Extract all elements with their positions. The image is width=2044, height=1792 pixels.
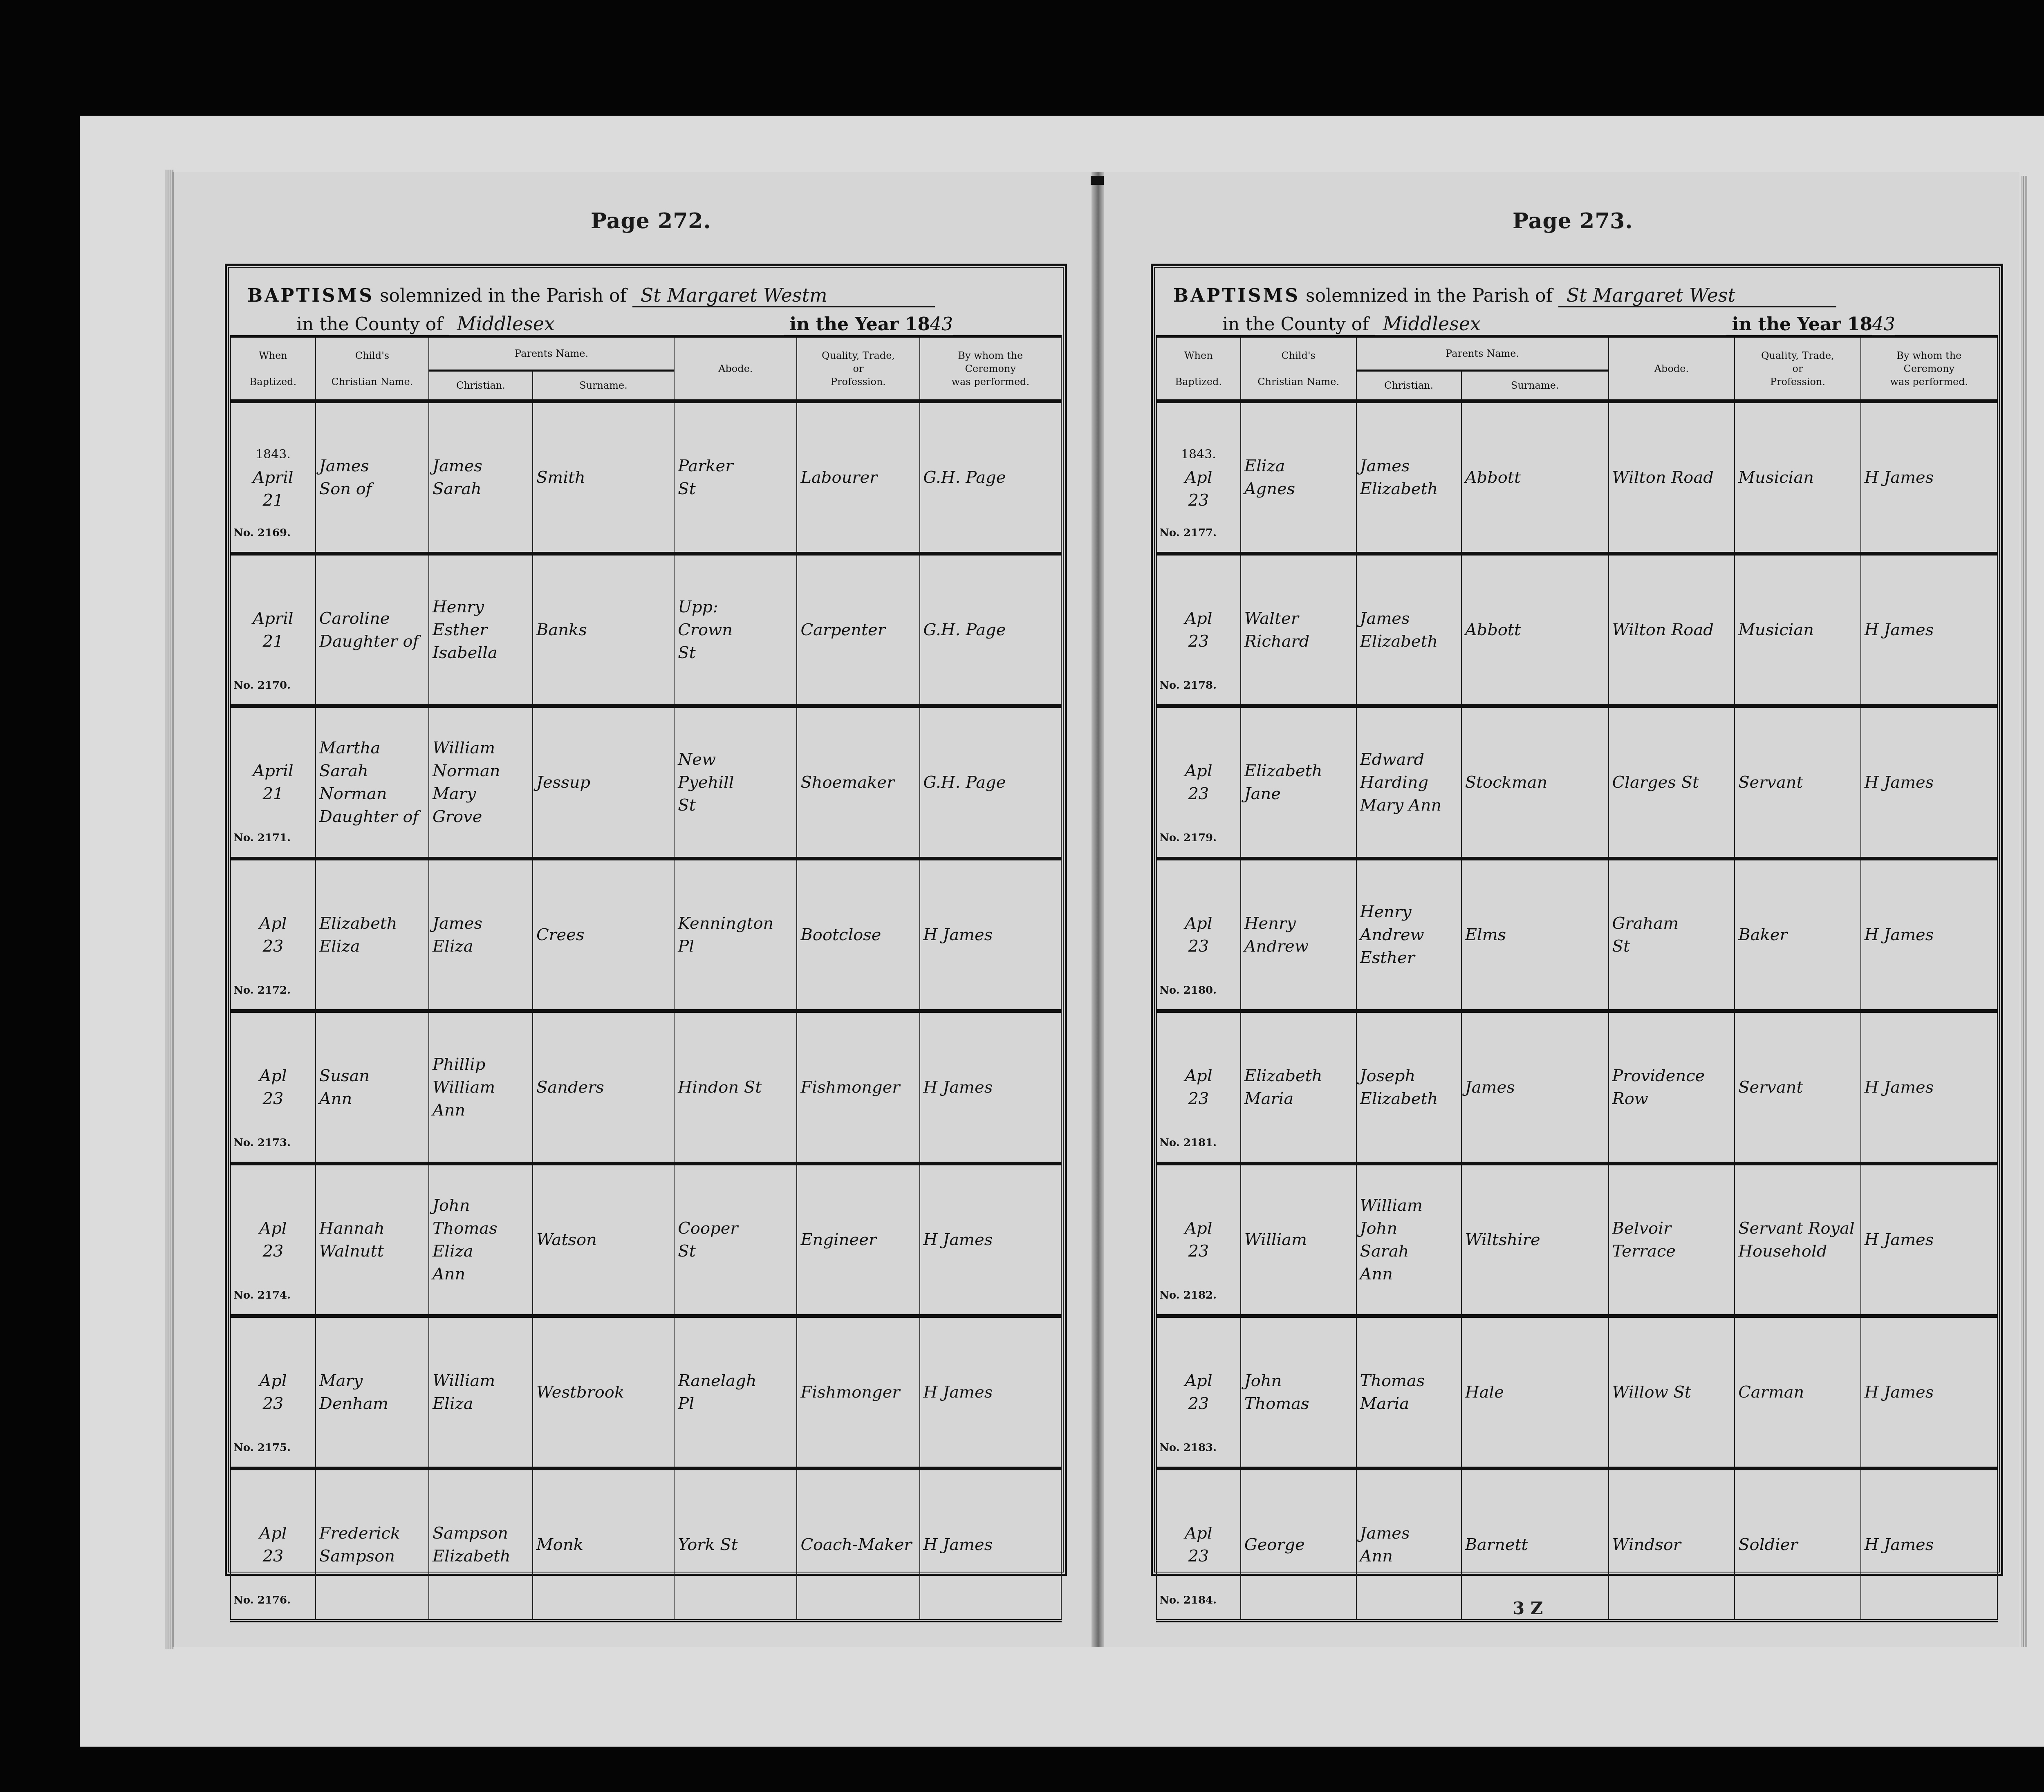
abode-line: St — [678, 794, 793, 817]
officiant-cell: H James — [1861, 1316, 1997, 1469]
parents-christian-cell: HenryEstherIsabella — [429, 554, 533, 706]
surname: Sanders — [536, 1078, 604, 1097]
officiant-signature: H James — [923, 925, 993, 944]
register-page-right: Page 273. BAPTISMS solemnized in the Par… — [1104, 172, 2019, 1647]
parent-name-line: James — [433, 912, 529, 935]
parent-name-line: Phillip — [433, 1053, 529, 1076]
abode-cell: CooperSt — [674, 1164, 797, 1316]
entry-month: Apl — [234, 1064, 312, 1087]
abode-cell: Windsor — [1609, 1469, 1735, 1621]
officiant-cell: G.H. Page — [920, 401, 1061, 554]
child-name-line: Eliza — [319, 935, 425, 958]
quality-cell: Shoemaker — [797, 706, 919, 859]
abode-cell: ParkerSt — [674, 401, 797, 554]
parent-name-line: Elizabeth — [1360, 630, 1458, 653]
parent-name-line: Esther — [433, 618, 529, 641]
parent-name-line: Eliza — [433, 935, 529, 958]
parents-christian-cell: SampsonElizabeth — [429, 1469, 533, 1621]
child-name-line: Susan — [319, 1064, 425, 1087]
parent-name-line: Edward — [1360, 748, 1458, 771]
surname: Abbott — [1465, 620, 1521, 639]
parent-name-line: Ann — [1360, 1263, 1458, 1286]
parents-christian-cell: JamesEliza — [429, 859, 533, 1011]
entry-month: Apl — [1160, 759, 1237, 782]
child-name-cell: ElizaAgnes — [1241, 401, 1356, 554]
child-name-line: Andrew — [1244, 935, 1353, 958]
surname: Abbott — [1465, 468, 1521, 487]
abode-cell: ProvidenceRow — [1609, 1011, 1735, 1164]
parent-name-line: William — [433, 737, 529, 759]
parent-name-line: Ann — [1360, 1545, 1458, 1568]
printer-signature-mark: 3 Z — [1513, 1598, 1543, 1618]
child-name-line: Ann — [319, 1087, 425, 1110]
entry-number: No. 2176. — [233, 1589, 291, 1612]
entry-month: April — [234, 466, 312, 489]
officiant-cell: H James — [920, 1316, 1061, 1469]
parent-name-line: Sarah — [433, 477, 529, 500]
entry-month: Apl — [1160, 1064, 1237, 1087]
officiant-signature: H James — [1865, 1078, 1934, 1097]
table-row: Apl 23 No. 2184. George JamesAnn Barnett… — [1156, 1469, 1997, 1621]
when-baptized-cell: April 21 No. 2171. — [231, 706, 316, 859]
col-child: Child'sChristian Name. — [1241, 336, 1356, 401]
year-label: in the Year 18 — [1732, 314, 1872, 335]
when-baptized-cell: April 21 No. 2170. — [231, 554, 316, 706]
child-name-line: Sampson — [319, 1545, 425, 1568]
profession: Fishmonger — [800, 1078, 900, 1097]
child-name-line: Walnutt — [319, 1240, 425, 1263]
child-name-line: Jane — [1244, 782, 1353, 805]
table-row: Apl 23 No. 2182. William WilliamJohnSara… — [1156, 1164, 1997, 1316]
entry-month: Apl — [234, 912, 312, 935]
parents-surname-cell: Stockman — [1461, 706, 1609, 859]
officiant-cell: H James — [920, 1469, 1061, 1621]
abode-line: Pyehill — [678, 771, 793, 794]
entry-number: No. 2171. — [233, 827, 291, 849]
when-baptized-cell: Apl 23 No. 2183. — [1156, 1316, 1241, 1469]
child-name-line: Elizabeth — [319, 912, 425, 935]
child-name-line: Caroline — [319, 607, 425, 630]
parent-name-line: Henry — [433, 596, 529, 618]
parents-christian-cell: JosephElizabeth — [1356, 1011, 1461, 1164]
col-parents: Parents Name. — [1356, 336, 1609, 371]
entry-month: Apl — [234, 1217, 312, 1240]
surname: James — [1465, 1078, 1515, 1097]
county-field: Middlesex — [1375, 313, 1726, 336]
officiant-cell: H James — [1861, 401, 1997, 554]
entry-month: Apl — [1160, 1522, 1237, 1545]
entry-number: No. 2184. — [1159, 1589, 1217, 1612]
abode-line: Upp: — [678, 596, 793, 618]
parents-surname-cell: Abbott — [1461, 401, 1609, 554]
officiant-signature: G.H. Page — [923, 468, 1006, 487]
year-field: 43 — [930, 314, 953, 336]
officiant-cell: H James — [1861, 1164, 1997, 1316]
surname: Stockman — [1465, 773, 1548, 792]
book-page-edges-right — [2022, 176, 2027, 1647]
officiant-signature: H James — [1865, 620, 1934, 639]
profession: Baker — [1738, 925, 1787, 944]
parent-name-line: John — [1360, 1217, 1458, 1240]
abode-cell: Clarges St — [1609, 706, 1735, 859]
entry-number: No. 2170. — [233, 674, 291, 697]
county-label: in the County of — [296, 314, 443, 335]
entry-number: No. 2169. — [233, 522, 291, 544]
parent-name-line: Harding — [1360, 771, 1458, 794]
child-name-line: Martha — [319, 737, 425, 759]
child-name-line: Eliza — [1244, 455, 1353, 477]
profession: Servant — [1738, 1078, 1803, 1097]
child-name-line: Norman — [319, 782, 425, 805]
abode-line: Parker — [678, 455, 793, 477]
child-name-line: Mary — [319, 1369, 425, 1392]
parent-name-line: Sampson — [433, 1522, 529, 1545]
abode-line: New — [678, 748, 793, 771]
abode-line: Pl — [678, 935, 793, 958]
surname: Hale — [1465, 1383, 1504, 1402]
table-row: Apl 23 No. 2176. FrederickSampson Sampso… — [231, 1469, 1061, 1621]
entry-number: No. 2173. — [233, 1131, 291, 1154]
abode-line: St — [678, 1240, 793, 1263]
parents-christian-cell: HenryAndrewEsther — [1356, 859, 1461, 1011]
child-name-line: Walter — [1244, 607, 1353, 630]
officiant-cell: G.H. Page — [920, 554, 1061, 706]
quality-cell: Engineer — [797, 1164, 919, 1316]
parent-name-line: James — [1360, 607, 1458, 630]
quality-cell: Servant — [1735, 706, 1861, 859]
parent-name-line: Ann — [433, 1263, 529, 1286]
entry-day: 23 — [1160, 1240, 1237, 1263]
parish-field: St Margaret Westm — [632, 284, 935, 307]
abode-line: Belvoir — [1612, 1217, 1731, 1240]
table-row: Apl 23 No. 2173. SusanAnn PhillipWilliam… — [231, 1011, 1061, 1164]
register-table: WhenBaptized. Child'sChristian Name. Par… — [1156, 335, 1998, 1622]
entry-year: 1843. — [234, 443, 312, 466]
officiant-signature: H James — [923, 1230, 993, 1249]
parent-name-line: James — [433, 455, 529, 477]
child-name-line: Maria — [1244, 1087, 1353, 1110]
entry-month: Apl — [1160, 607, 1237, 630]
abode-line: Graham — [1612, 912, 1731, 935]
parents-surname-cell: Hale — [1461, 1316, 1609, 1469]
col-parents: Parents Name. — [429, 336, 674, 371]
quality-cell: Bootclose — [797, 859, 919, 1011]
register-title: BAPTISMS solemnized in the Parish of St … — [1173, 280, 1985, 337]
profession: Labourer — [800, 468, 877, 487]
county-label: in the County of — [1222, 314, 1369, 335]
parent-name-line: Thomas — [433, 1217, 529, 1240]
parents-surname-cell: Crees — [533, 859, 674, 1011]
parents-christian-cell: JamesAnn — [1356, 1469, 1461, 1621]
parents-christian-cell: EdwardHardingMary Ann — [1356, 706, 1461, 859]
when-baptized-cell: Apl 23 No. 2175. — [231, 1316, 316, 1469]
parent-name-line: Norman — [433, 759, 529, 782]
entry-day: 23 — [234, 1545, 312, 1568]
parents-surname-cell: Abbott — [1461, 554, 1609, 706]
officiant-signature: H James — [1865, 1383, 1934, 1402]
child-name-cell: JamesSon of — [316, 401, 429, 554]
table-row: Apl 23 No. 2183. JohnThomas ThomasMaria … — [1156, 1316, 1997, 1469]
abode-line: Wilton Road — [1612, 466, 1731, 489]
surname: Crees — [536, 925, 585, 944]
col-by-whom: By whom theCeremonywas performed. — [920, 336, 1061, 401]
child-name-cell: George — [1241, 1469, 1356, 1621]
table-row: Apl 23 No. 2181. ElizabethMaria JosephEl… — [1156, 1011, 1997, 1164]
entry-number: No. 2181. — [1159, 1131, 1217, 1154]
page-number: Page 273. — [1513, 208, 1633, 233]
table-row: Apl 23 No. 2174. HannahWalnutt JohnThoma… — [231, 1164, 1061, 1316]
officiant-signature: H James — [1865, 925, 1934, 944]
parent-name-line: James — [1360, 455, 1458, 477]
entry-day: 23 — [1160, 489, 1237, 512]
child-name-line: Hannah — [319, 1217, 425, 1240]
register-form: BAPTISMS solemnized in the Parish of St … — [225, 264, 1067, 1576]
child-name-line: Daughter of — [319, 630, 425, 653]
quality-cell: Baker — [1735, 859, 1861, 1011]
officiant-signature: H James — [1865, 468, 1934, 487]
parent-name-line: Eliza — [433, 1240, 529, 1263]
child-name-line: Thomas — [1244, 1392, 1353, 1415]
when-baptized-cell: Apl 23 No. 2184. — [1156, 1469, 1241, 1621]
child-name-cell: SusanAnn — [316, 1011, 429, 1164]
parents-christian-cell: JamesSarah — [429, 401, 533, 554]
profession: Coach-Maker — [800, 1535, 912, 1554]
officiant-signature: H James — [1865, 1230, 1934, 1249]
profession: Servant Royal Household — [1738, 1219, 1855, 1261]
entry-number: No. 2178. — [1159, 674, 1217, 697]
parent-name-line: Sarah — [1360, 1240, 1458, 1263]
entry-month: Apl — [1160, 912, 1237, 935]
entry-number: No. 2174. — [233, 1284, 291, 1307]
parent-name-line: Mary Ann — [1360, 794, 1458, 817]
parents-surname-cell: Sanders — [533, 1011, 674, 1164]
entry-number: No. 2180. — [1159, 979, 1217, 1002]
parent-name-line: Esther — [1360, 946, 1458, 969]
when-baptized-cell: 1843. Apl 23 No. 2177. — [1156, 401, 1241, 554]
entry-day: 21 — [234, 489, 312, 512]
quality-cell: Labourer — [797, 401, 919, 554]
child-name-cell: FrederickSampson — [316, 1469, 429, 1621]
entry-year: 1843. — [1160, 443, 1237, 466]
profession: Engineer — [800, 1230, 876, 1249]
parents-surname-cell: James — [1461, 1011, 1609, 1164]
col-when: WhenBaptized. — [1156, 336, 1241, 401]
when-baptized-cell: Apl 23 No. 2182. — [1156, 1164, 1241, 1316]
abode-line: Hindon St — [678, 1076, 793, 1099]
parent-name-line: Andrew — [1360, 923, 1458, 946]
officiant-signature: H James — [923, 1383, 993, 1402]
abode-cell: BelvoirTerrace — [1609, 1164, 1735, 1316]
when-baptized-cell: Apl 23 No. 2181. — [1156, 1011, 1241, 1164]
title-solemnized: solemnized in the Parish of — [380, 285, 627, 306]
title-baptisms: BAPTISMS — [247, 285, 374, 306]
parents-christian-cell: WilliamJohnSarahAnn — [1356, 1164, 1461, 1316]
parents-christian-cell: JohnThomasElizaAnn — [429, 1164, 533, 1316]
entry-number: No. 2175. — [233, 1436, 291, 1459]
child-name-line: Elizabeth — [1244, 1064, 1353, 1087]
title-baptisms: BAPTISMS — [1173, 285, 1300, 306]
when-baptized-cell: Apl 23 No. 2180. — [1156, 859, 1241, 1011]
officiant-signature: G.H. Page — [923, 620, 1006, 639]
entry-month: Apl — [1160, 1369, 1237, 1392]
abode-line: Kennington — [678, 912, 793, 935]
entry-number: No. 2177. — [1159, 522, 1217, 544]
profession: Carman — [1738, 1383, 1804, 1402]
entry-day: 23 — [1160, 1545, 1237, 1568]
officiant-cell: G.H. Page — [920, 706, 1061, 859]
child-name-line: Son of — [319, 477, 425, 500]
register-title: BAPTISMS solemnized in the Parish of St … — [247, 280, 1049, 337]
officiant-signature: H James — [923, 1535, 993, 1554]
abode-cell: KenningtonPl — [674, 859, 797, 1011]
entry-month: Apl — [1160, 1217, 1237, 1240]
parent-name-line: James — [1360, 1522, 1458, 1545]
when-baptized-cell: Apl 23 No. 2178. — [1156, 554, 1241, 706]
profession: Carpenter — [800, 620, 885, 639]
entry-month: Apl — [1160, 466, 1237, 489]
page-number: Page 272. — [591, 208, 711, 233]
col-quality: Quality, Trade,orProfession. — [797, 336, 919, 401]
quality-cell: Carpenter — [797, 554, 919, 706]
officiant-signature: H James — [1865, 773, 1934, 792]
child-name-cell: HannahWalnutt — [316, 1164, 429, 1316]
child-name-line: George — [1244, 1533, 1353, 1556]
child-name-line: Frederick — [319, 1522, 425, 1545]
abode-cell: Upp:CrownSt — [674, 554, 797, 706]
entry-number: No. 2182. — [1159, 1284, 1217, 1307]
col-when: WhenBaptized. — [231, 336, 316, 401]
parents-surname-cell: Jessup — [533, 706, 674, 859]
table-row: Apl 23 No. 2175. MaryDenham WilliamEliza… — [231, 1316, 1061, 1469]
county-field: Middlesex — [449, 313, 784, 336]
parent-name-line: Eliza — [433, 1392, 529, 1415]
surname: Smith — [536, 468, 585, 487]
entry-number: No. 2172. — [233, 979, 291, 1002]
parents-surname-cell: Watson — [533, 1164, 674, 1316]
surname: Elms — [1465, 925, 1506, 944]
profession: Shoemaker — [800, 773, 894, 792]
when-baptized-cell: Apl 23 No. 2174. — [231, 1164, 316, 1316]
surname: Westbrook — [536, 1383, 624, 1402]
profession: Musician — [1738, 620, 1814, 639]
officiant-cell: H James — [1861, 706, 1997, 859]
surname: Barnett — [1465, 1535, 1528, 1554]
table-row: Apl 23 No. 2179. ElizabethJane EdwardHar… — [1156, 706, 1997, 859]
officiant-cell: H James — [920, 1164, 1061, 1316]
parent-name-line: Maria — [1360, 1392, 1458, 1415]
abode-line: Clarges St — [1612, 771, 1731, 794]
parent-name-line: Isabella — [433, 641, 529, 664]
child-name-cell: CarolineDaughter of — [316, 554, 429, 706]
profession: Bootclose — [800, 925, 881, 944]
child-name-line: Sarah — [319, 759, 425, 782]
child-name-line: Elizabeth — [1244, 759, 1353, 782]
when-baptized-cell: Apl 23 No. 2173. — [231, 1011, 316, 1164]
entry-day: 23 — [1160, 935, 1237, 958]
abode-line: Wilton Road — [1612, 618, 1731, 641]
parents-christian-cell: JamesElizabeth — [1356, 401, 1461, 554]
parent-name-line: John — [433, 1194, 529, 1217]
parent-name-line: Elizabeth — [433, 1545, 529, 1568]
officiant-cell: H James — [1861, 554, 1997, 706]
officiant-cell: H James — [920, 1011, 1061, 1164]
child-name-cell: WalterRichard — [1241, 554, 1356, 706]
register-table: WhenBaptized. Child'sChristian Name. Par… — [230, 335, 1062, 1622]
child-name-cell: JohnThomas — [1241, 1316, 1356, 1469]
surname: Jessup — [536, 773, 590, 792]
when-baptized-cell: Apl 23 No. 2172. — [231, 859, 316, 1011]
table-row: April 21 No. 2171. MarthaSarahNormanDaug… — [231, 706, 1061, 859]
abode-line: Crown — [678, 618, 793, 641]
child-name-line: Henry — [1244, 912, 1353, 935]
col-parents-christian: Christian. — [1356, 371, 1461, 401]
abode-line: Pl — [678, 1392, 793, 1415]
parent-name-line: William — [433, 1369, 529, 1392]
col-abode: Abode. — [1609, 336, 1735, 401]
book-gutter — [1091, 172, 1104, 1647]
entry-day: 23 — [1160, 630, 1237, 653]
entry-day: 23 — [234, 935, 312, 958]
parent-name-line: William — [1360, 1194, 1458, 1217]
abode-cell: NewPyehillSt — [674, 706, 797, 859]
table-row: Apl 23 No. 2178. WalterRichard JamesEliz… — [1156, 554, 1997, 706]
col-quality: Quality, Trade,orProfession. — [1735, 336, 1861, 401]
abode-cell: RanelaghPl — [674, 1316, 797, 1469]
entry-day: 23 — [234, 1087, 312, 1110]
abode-line: York St — [678, 1533, 793, 1556]
abode-line: Providence — [1612, 1064, 1731, 1087]
abode-line: Willow St — [1612, 1381, 1731, 1404]
abode-cell: Wilton Road — [1609, 554, 1735, 706]
officiant-cell: H James — [1861, 1469, 1997, 1621]
parent-name-line: Ann — [433, 1099, 529, 1122]
quality-cell: Servant Royal Household — [1735, 1164, 1861, 1316]
entry-month: April — [234, 607, 312, 630]
col-parents-surname: Surname. — [533, 371, 674, 401]
parents-christian-cell: WilliamEliza — [429, 1316, 533, 1469]
parents-surname-cell: Westbrook — [533, 1316, 674, 1469]
parish-field: St Margaret West — [1558, 284, 1836, 307]
parent-name-line: Henry — [1360, 900, 1458, 923]
officiant-cell: H James — [1861, 1011, 1997, 1164]
entry-number: No. 2179. — [1159, 827, 1217, 849]
abode-line: Terrace — [1612, 1240, 1731, 1263]
book-page-edges-left — [166, 170, 174, 1649]
entry-month: April — [234, 759, 312, 782]
parents-surname-cell: Wiltshire — [1461, 1164, 1609, 1316]
quality-cell: Soldier — [1735, 1469, 1861, 1621]
child-name-cell: ElizabethMaria — [1241, 1011, 1356, 1164]
table-row: 1843. April 21 No. 2169. JamesSon of Jam… — [231, 401, 1061, 554]
entry-day: 21 — [234, 782, 312, 805]
parent-name-line: Grove — [433, 805, 529, 828]
table-row: April 21 No. 2170. CarolineDaughter of H… — [231, 554, 1061, 706]
register-form: BAPTISMS solemnized in the Parish of St … — [1151, 264, 2003, 1576]
child-name-cell: MarthaSarahNormanDaughter of — [316, 706, 429, 859]
entry-day: 23 — [234, 1392, 312, 1415]
child-name-line: William — [1244, 1228, 1353, 1251]
parents-christian-cell: WilliamNormanMaryGrove — [429, 706, 533, 859]
officiant-cell: H James — [1861, 859, 1997, 1011]
profession: Soldier — [1738, 1535, 1797, 1554]
child-name-cell: William — [1241, 1164, 1356, 1316]
col-parents-surname: Surname. — [1461, 371, 1609, 401]
col-child: Child'sChristian Name. — [316, 336, 429, 401]
quality-cell: Servant — [1735, 1011, 1861, 1164]
quality-cell: Musician — [1735, 401, 1861, 554]
officiant-signature: H James — [923, 1078, 993, 1097]
parent-name-line: Joseph — [1360, 1064, 1458, 1087]
